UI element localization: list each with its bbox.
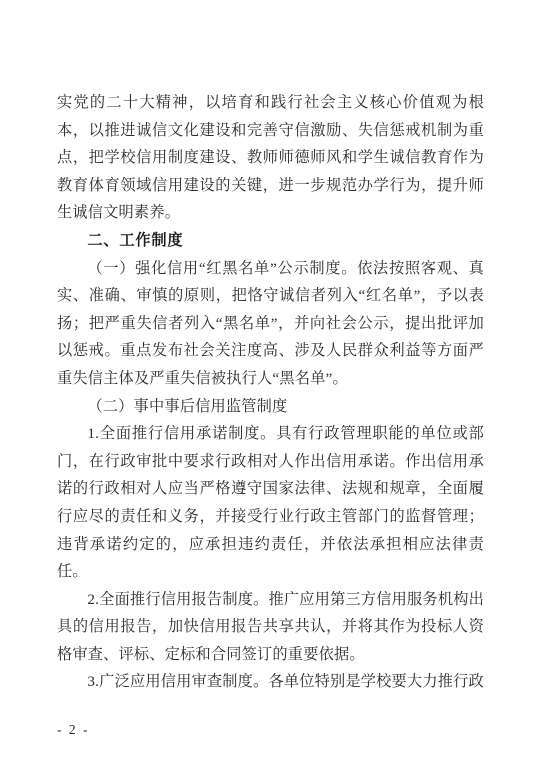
- paragraph: 2.全面推行信用报告制度。推广应用第三方信用服务机构出具的信用报告，加快信用报告…: [57, 586, 484, 669]
- section-heading: 二、工作制度: [57, 227, 484, 255]
- paragraph: 3.广泛应用信用审查制度。各单位特别是学校要大力推行政: [57, 668, 484, 696]
- paragraph: 1.全面推行信用承诺制度。具有行政管理职能的单位或部门，在行政审批中要求行政相对…: [57, 420, 484, 586]
- document-body: 实党的二十大精神，以培育和践行社会主义核心价值观为根本，以推进诚信文化建设和完善…: [57, 89, 484, 696]
- page-number: - 2 -: [57, 721, 90, 739]
- sub-heading-paragraph: （二）事中事后信用监管制度: [57, 393, 484, 421]
- document-page: 实党的二十大精神，以培育和践行社会主义核心价值观为根本，以推进诚信文化建设和完善…: [0, 0, 534, 764]
- paragraph-continuation: 实党的二十大精神，以培育和践行社会主义核心价值观为根本，以推进诚信文化建设和完善…: [57, 89, 484, 227]
- paragraph: （一）强化信用“红黑名单”公示制度。依法按照客观、真实、准确、审慎的原则，把恪守…: [57, 255, 484, 393]
